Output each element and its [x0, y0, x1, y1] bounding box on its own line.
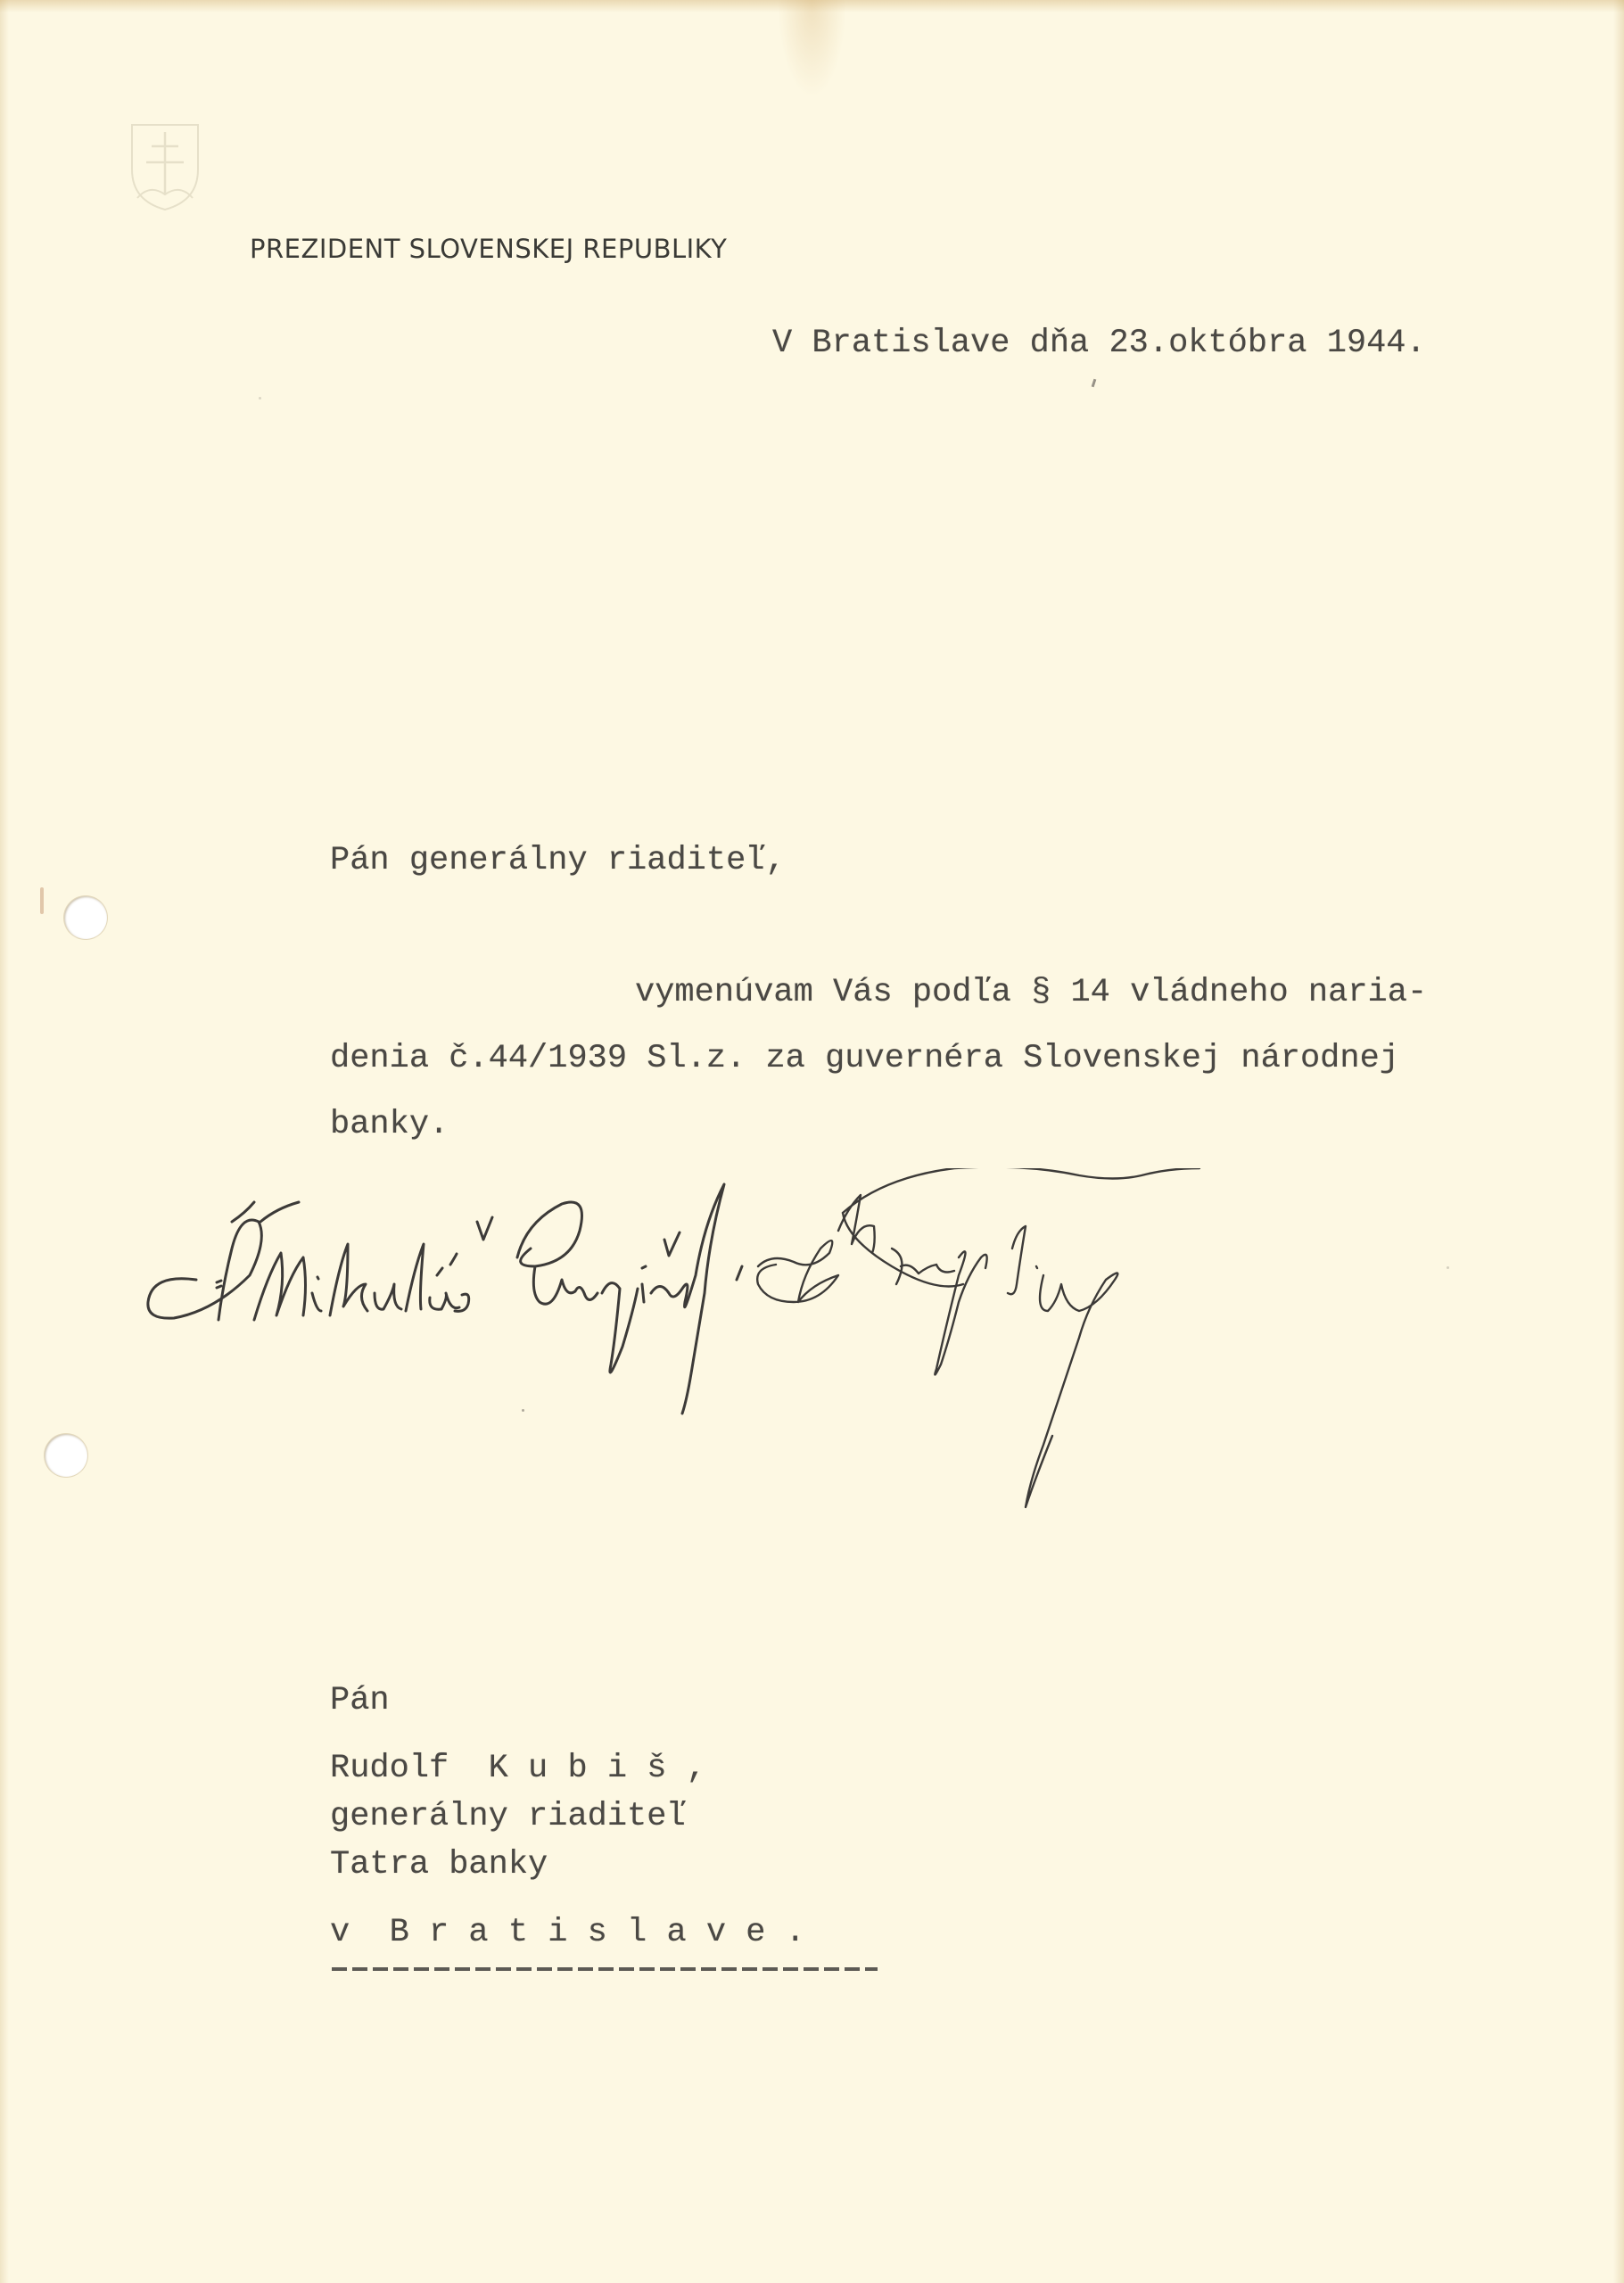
coat-of-arms-emblem-icon	[125, 116, 205, 214]
body-line: vymenúvam Vás podľa § 14 vládneho naria-	[635, 974, 1427, 1011]
address-line-name: Rudolf K u b i š ,	[330, 1750, 706, 1787]
signature-tiso	[757, 1168, 1199, 1507]
paper-speck	[1447, 1266, 1449, 1269]
address-line-position: generálny riaditeľ	[330, 1798, 687, 1835]
paper-speck	[259, 397, 261, 400]
punch-hole	[45, 1434, 87, 1477]
paper-tear-mark	[40, 887, 44, 914]
punch-hole	[64, 896, 107, 939]
paper-speck	[522, 1409, 524, 1412]
signature-pruzinsky	[148, 1184, 742, 1413]
address-line-city: v B r a t i s l a v e .	[330, 1914, 805, 1951]
date-line: V Bratislave dňa 23.októbra 1944.	[772, 325, 1426, 362]
address-line-title: Pán	[330, 1682, 390, 1719]
handwritten-signatures	[134, 1168, 1400, 1570]
address-line-organization: Tatra banky	[330, 1846, 548, 1883]
salutation: Pán generálny riaditeľ,	[330, 842, 786, 879]
letterhead-title: PREZIDENT SLOVENSKEJ REPUBLIKY	[250, 234, 727, 264]
body-line: banky.	[330, 1106, 449, 1143]
body-line: denia č.44/1939 Sl.z. za guvernéra Slove…	[330, 1040, 1399, 1077]
dashed-underline	[332, 1967, 878, 1971]
